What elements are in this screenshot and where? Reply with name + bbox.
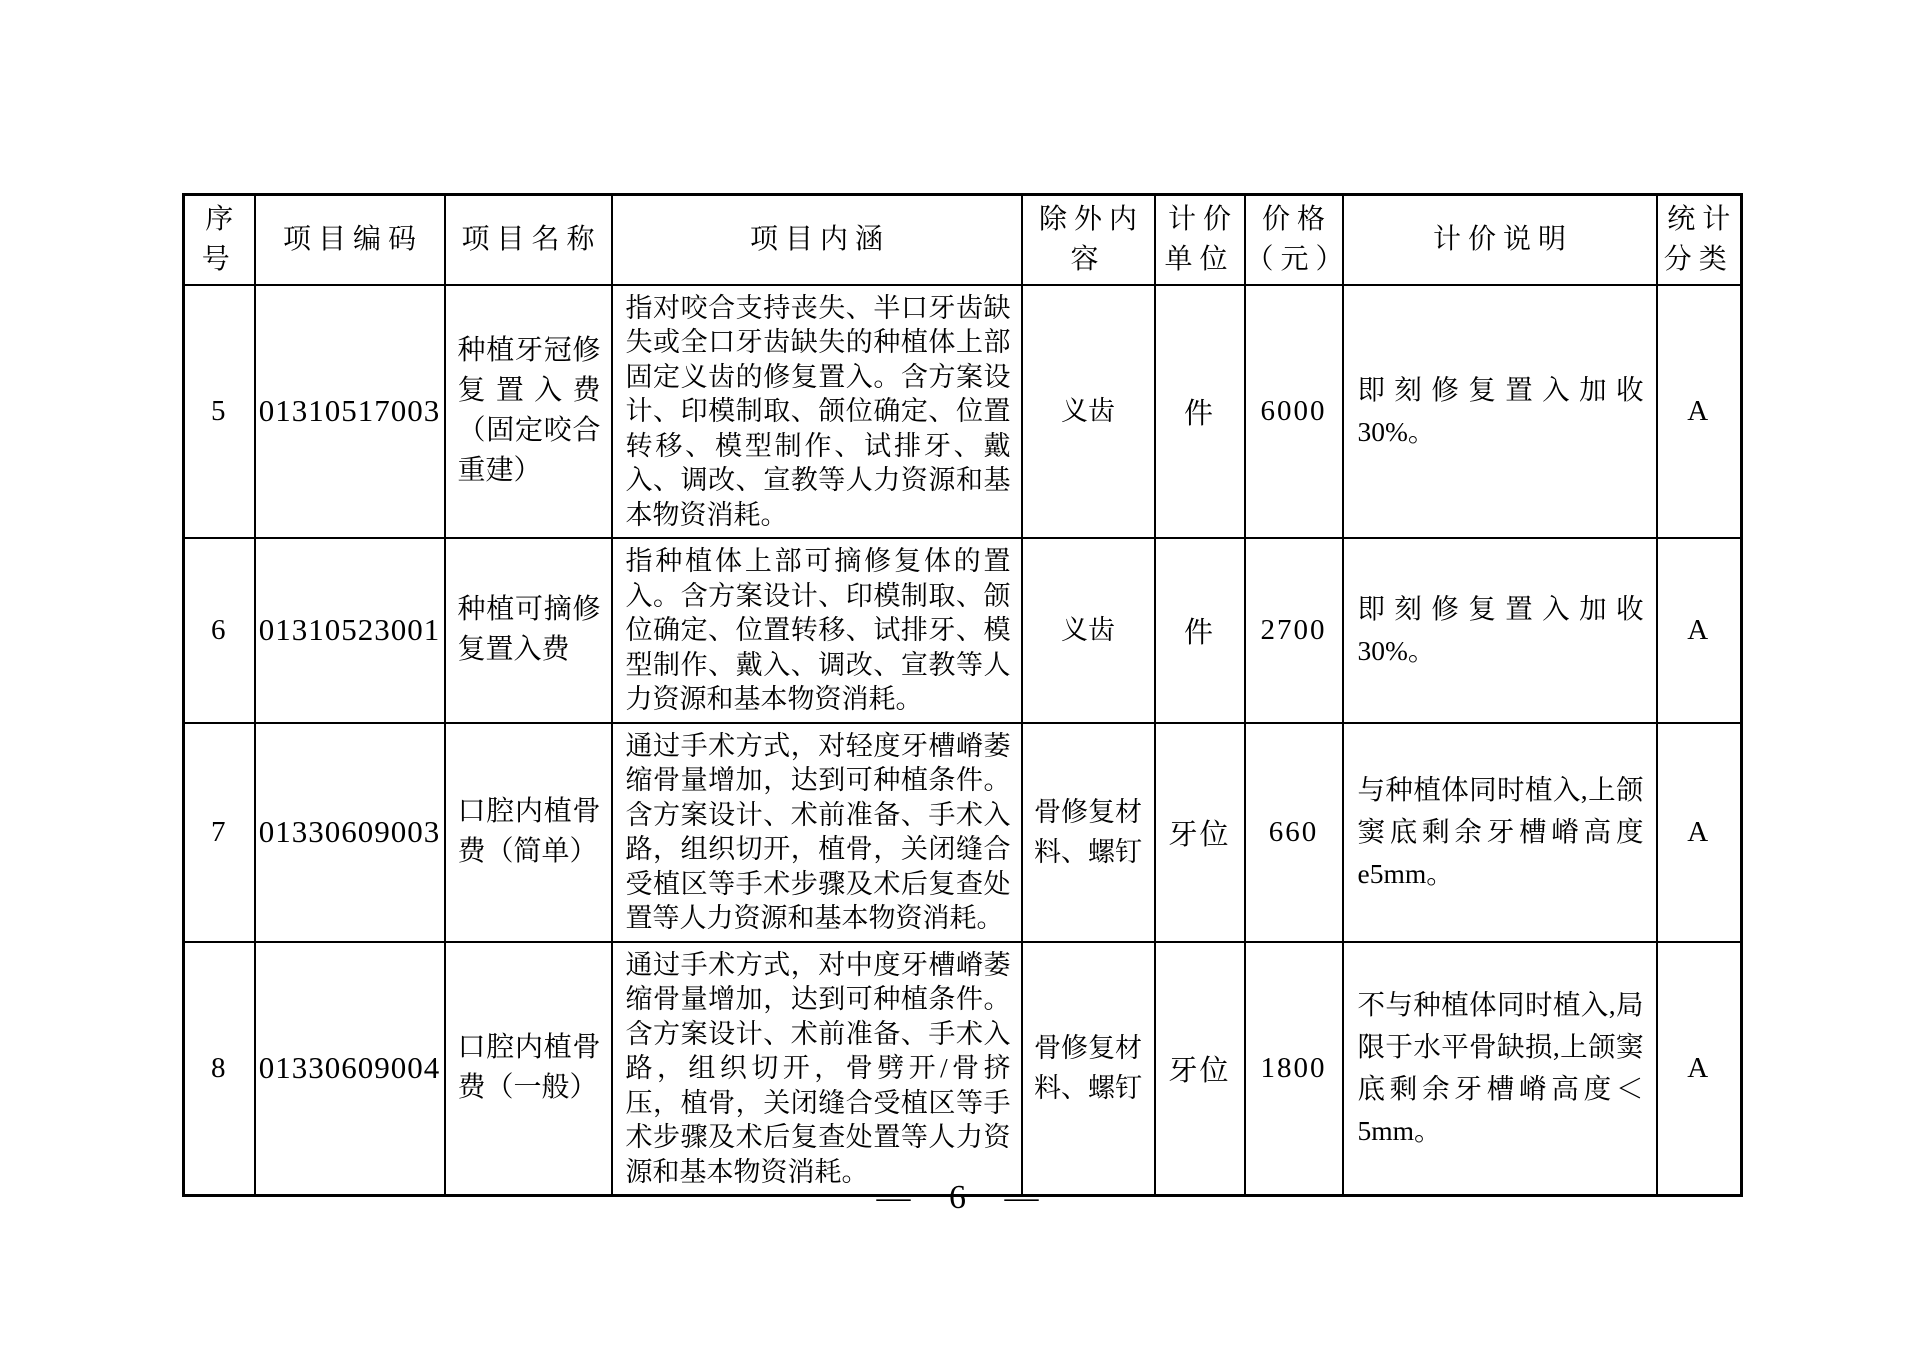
row8-content: 通过手术方式，对中度牙槽嵴萎缩骨量增加，达到可种植条件。含方案设计、术前准备、手… — [612, 942, 1022, 1196]
row7-code: 01330609003 — [255, 723, 445, 942]
row7-content: 通过手术方式，对轻度牙槽嵴萎缩骨量增加，达到可种植条件。含方案设计、术前准备、手… — [612, 723, 1022, 942]
row5-note: 即刻修复置入加收 30%。 — [1343, 285, 1657, 539]
col-header-name: 项目名称 — [445, 195, 612, 285]
fee-schedule-table: 序号 项目编码 项目名称 项目内涵 除外内容 计价 单位 价格 （元） 计价说明… — [182, 193, 1743, 1197]
row8-code: 01330609004 — [255, 942, 445, 1196]
col-header-excluded: 除外内容 — [1022, 195, 1155, 285]
row8-excluded: 骨修复材料、螺钉 — [1022, 942, 1155, 1196]
row6-name: 种植可摘修复置入费 — [445, 538, 612, 723]
row8-note: 不与种植体同时植入,局限于水平骨缺损,上颌窦底剩余牙槽嵴高度＜5mm。 — [1343, 942, 1657, 1196]
row5-price: 6000 — [1245, 285, 1343, 539]
table-row: 6 01310523001 种植可摘修复置入费 指种植体上部可摘修复体的置入。含… — [184, 538, 1742, 723]
row8-price: 1800 — [1245, 942, 1343, 1196]
row6-unit: 件 — [1155, 538, 1245, 723]
row5-unit: 件 — [1155, 285, 1245, 539]
row7-seq: 7 — [184, 723, 255, 942]
row6-content: 指种植体上部可摘修复体的置入。含方案设计、印模制取、颌位确定、位置转移、试排牙、… — [612, 538, 1022, 723]
row6-category: A — [1657, 538, 1742, 723]
table-row: 8 01330609004 口腔内植骨费（一般） 通过手术方式，对中度牙槽嵴萎缩… — [184, 942, 1742, 1196]
row7-name: 口腔内植骨费（简单） — [445, 723, 612, 942]
table-header-row: 序号 项目编码 项目名称 项目内涵 除外内容 计价 单位 价格 （元） 计价说明… — [184, 195, 1742, 285]
row7-unit: 牙位 — [1155, 723, 1245, 942]
row5-name: 种植牙冠修复置入费（固定咬合重建） — [445, 285, 612, 539]
row8-name: 口腔内植骨费（一般） — [445, 942, 612, 1196]
row5-category: A — [1657, 285, 1742, 539]
col-header-content: 项目内涵 — [612, 195, 1022, 285]
row7-note: 与种植体同时植入,上颌窦底剩余牙槽嵴高度e5mm。 — [1343, 723, 1657, 942]
row5-code: 01310517003 — [255, 285, 445, 539]
col-header-unit: 计价 单位 — [1155, 195, 1245, 285]
table-row: 7 01330609003 口腔内植骨费（简单） 通过手术方式，对轻度牙槽嵴萎缩… — [184, 723, 1742, 942]
row8-category: A — [1657, 942, 1742, 1196]
row7-price: 660 — [1245, 723, 1343, 942]
col-header-note: 计价说明 — [1343, 195, 1657, 285]
document-page: 序号 项目编码 项目名称 项目内涵 除外内容 计价 单位 价格 （元） 计价说明… — [0, 0, 1917, 1355]
col-header-code: 项目编码 — [255, 195, 445, 285]
table-row: 5 01310517003 种植牙冠修复置入费（固定咬合重建） 指对咬合支持丧失… — [184, 285, 1742, 539]
row5-excluded: 义齿 — [1022, 285, 1155, 539]
col-header-price: 价格 （元） — [1245, 195, 1343, 285]
row6-excluded: 义齿 — [1022, 538, 1155, 723]
row7-category: A — [1657, 723, 1742, 942]
row6-note: 即刻修复置入加收 30%。 — [1343, 538, 1657, 723]
row8-seq: 8 — [184, 942, 255, 1196]
row8-unit: 牙位 — [1155, 942, 1245, 1196]
row5-content: 指对咬合支持丧失、半口牙齿缺失或全口牙齿缺失的种植体上部固定义齿的修复置入。含方… — [612, 285, 1022, 539]
col-header-category: 统计 分类 — [1657, 195, 1742, 285]
col-header-seq: 序号 — [184, 195, 255, 285]
row6-price: 2700 — [1245, 538, 1343, 723]
row5-seq: 5 — [184, 285, 255, 539]
row6-seq: 6 — [184, 538, 255, 723]
row6-code: 01310523001 — [255, 538, 445, 723]
row7-excluded: 骨修复材料、螺钉 — [1022, 723, 1155, 942]
page-number: — 6 — — [0, 1178, 1917, 1218]
